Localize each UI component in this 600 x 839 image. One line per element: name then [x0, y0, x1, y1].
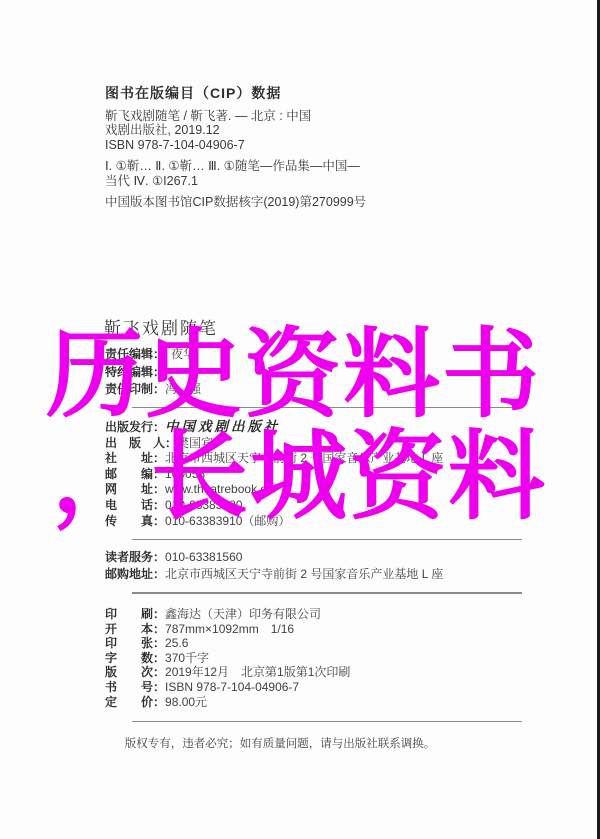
print-row: 印 张：25.6	[105, 636, 350, 651]
print-row: 定 价：98.00元	[105, 695, 350, 710]
spacer	[105, 152, 535, 159]
divider	[132, 592, 522, 594]
print-label: 定 价：	[105, 695, 165, 709]
cip-line: 戏剧出版社, 2019.12	[105, 123, 535, 138]
print-label: 书 号：	[105, 680, 165, 694]
print-label: 开 本：	[105, 622, 165, 636]
cip-line: 靳飞戏剧随笔 / 靳飞著. — 北京 : 中国	[105, 109, 535, 124]
reader-label: 邮购地址：	[105, 567, 165, 581]
reader-value: 010-63381560	[165, 550, 242, 564]
cip-classification-line: Ⅰ. ①靳… Ⅱ. ①靳… Ⅲ. ①随笔—作品集—中国—	[105, 159, 535, 174]
print-row: 字 数：370千字	[105, 651, 350, 666]
print-value: 25.6	[165, 636, 188, 650]
print-info-block: 印 刷：鑫海达（天津）印务有限公司 开 本：787mm×1092mm 1/16 …	[105, 607, 350, 709]
book-copyright-page: 图书在版编目（CIP）数据 靳飞戏剧随笔 / 靳飞著. — 北京 : 中国 戏剧…	[0, 0, 600, 839]
print-value: 370千字	[165, 651, 209, 665]
print-label: 版 次：	[105, 665, 165, 679]
reader-value: 北京市西城区天宁寺前街 2 号国家音乐产业基地 L 座	[165, 567, 443, 581]
reader-service-block: 读者服务：010-63381560 邮购地址：北京市西城区天宁寺前街 2 号国家…	[105, 549, 443, 583]
cip-registry: 中国版本图书馆CIP数据核字(2019)第270999号	[105, 195, 535, 210]
print-label: 印 张：	[105, 636, 165, 650]
reader-label: 读者服务：	[105, 550, 165, 564]
print-label: 印 刷：	[105, 607, 165, 621]
watermark-line-2: ，长城资料	[52, 428, 547, 525]
watermark-line-1: 历史资料书	[46, 326, 541, 423]
reader-row: 邮购地址：北京市西城区天宁寺前街 2 号国家音乐产业基地 L 座	[105, 566, 443, 583]
divider	[132, 721, 522, 722]
print-value: ISBN 978-7-104-04906-7	[165, 680, 299, 694]
divider	[132, 539, 522, 540]
print-row: 印 刷：鑫海达（天津）印务有限公司	[105, 607, 350, 622]
cip-classification-line: 当代 Ⅳ. ①I267.1	[105, 174, 535, 189]
print-label: 字 数：	[105, 651, 165, 665]
print-value: 鑫海达（天津）印务有限公司	[165, 607, 321, 621]
reader-row: 读者服务：010-63381560	[105, 549, 443, 566]
print-row: 书 号：ISBN 978-7-104-04906-7	[105, 680, 350, 695]
cip-block: 图书在版编目（CIP）数据 靳飞戏剧随笔 / 靳飞著. — 北京 : 中国 戏剧…	[105, 86, 535, 210]
spacer	[105, 188, 535, 195]
print-value: 98.00元	[165, 695, 207, 709]
print-value: 787mm×1092mm 1/16	[165, 622, 294, 636]
copyright-notice: 版权专有，违者必究；如有质量问题，请与出版社联系调换。	[60, 735, 500, 751]
print-value: 2019年12月 北京第1版第1次印刷	[165, 665, 350, 679]
cip-heading: 图书在版编目（CIP）数据	[105, 86, 535, 101]
cip-line: ISBN 978-7-104-04906-7	[105, 138, 535, 153]
print-row: 版 次：2019年12月 北京第1版第1次印刷	[105, 665, 350, 680]
print-row: 开 本：787mm×1092mm 1/16	[105, 622, 350, 637]
